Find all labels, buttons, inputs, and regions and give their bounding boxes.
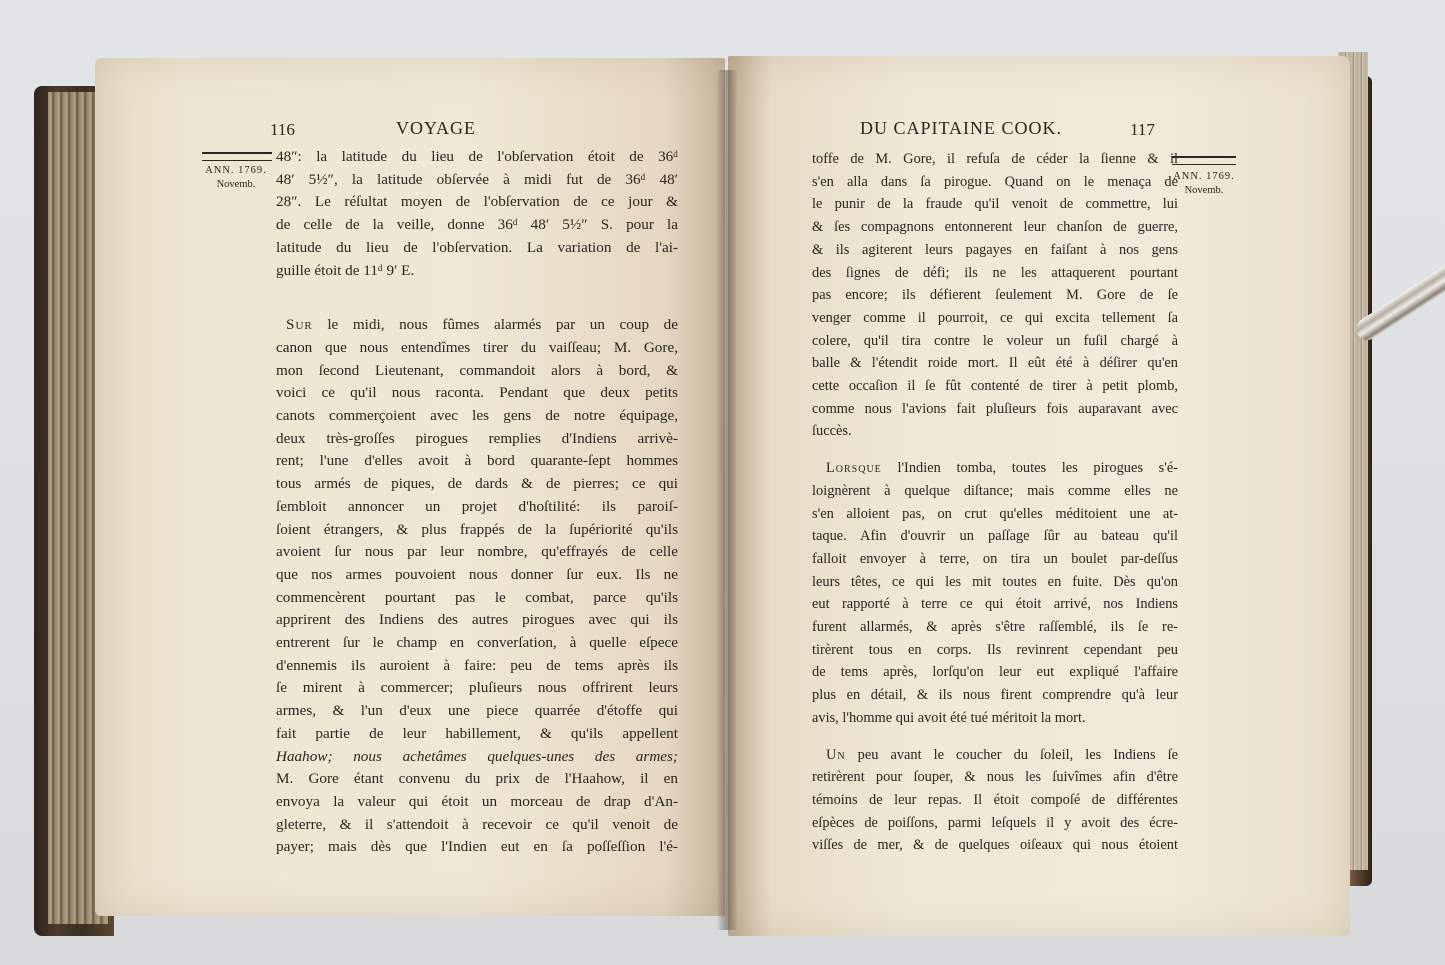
text-line: de celle de la veille, donne 36ᵈ 48′ 5½″… xyxy=(276,214,678,237)
text-line: furent allarmés, & après s'être raſſembl… xyxy=(812,616,1178,639)
margin-note-year: ANN. 1769. xyxy=(196,164,276,178)
text-line: voici ce qu'il nous raconta. Pendant que… xyxy=(276,382,678,405)
text-line: commencèrent pourtant pas le combat, par… xyxy=(276,587,678,610)
text-line: 48″: la latitude du lieu de l'obſervatio… xyxy=(276,146,678,169)
text-line: viſſes de mer, & de quelques oiſeaux qui… xyxy=(812,834,1178,857)
italic-term: Haahow; nous achetâmes quelques-unes des… xyxy=(276,748,678,765)
text-line: leurs têtes, ce qui les mit toutes en fu… xyxy=(812,571,1178,594)
text-line: ſoient étrangers, & plus frappés de la ſ… xyxy=(276,519,678,542)
margin-note-right: ANN. 1769. Novemb. xyxy=(1168,170,1240,198)
book-gutter xyxy=(716,70,738,930)
text-line: ſuccès. xyxy=(812,420,1178,443)
text-line: entrerent ſur le champ en converſation, … xyxy=(276,632,678,655)
text-line: le punir de la fraude qu'il venoit de co… xyxy=(812,193,1178,216)
paragraph-lead: Sur xyxy=(286,316,313,333)
text-line: & ils agiterent leurs pagayes en faiſant… xyxy=(812,239,1178,262)
text-line: guille étoit de 11ᵈ 9′ E. xyxy=(276,260,678,283)
text-line: ſembloit annoncer un projet d'hoſtilité:… xyxy=(276,496,678,519)
text-line: M. Gore étant convenu du prix de l'Haaho… xyxy=(276,768,678,791)
text-line: balle & l'étendit roide mort. Il eût été… xyxy=(812,352,1178,375)
text-line: Haahow; nous achetâmes quelques-unes des… xyxy=(276,746,678,769)
text-line: toffe de M. Gore, il refuſa de céder la … xyxy=(812,148,1178,171)
margin-rule-left xyxy=(202,152,272,161)
text-line: envoya la valeur qui étoit un morceau de… xyxy=(276,791,678,814)
text-line: Sur le midi, nous fûmes alarmés par un c… xyxy=(276,314,678,337)
text-line: gleterre, & il s'attendoit à recevoir ce… xyxy=(276,814,678,837)
text-line: armes, & l'un d'eux une piece quarrée d'… xyxy=(276,700,678,723)
text-line: avis, l'homme qui avoit été tué méritoit… xyxy=(812,707,1178,730)
text-line: eut rapporté à terre ce qui étoit arrivé… xyxy=(812,593,1178,616)
text-line: d'ennemis ils auroient à faire: peu de t… xyxy=(276,655,678,678)
text-line: rent; l'une d'elles avoit à bord quarant… xyxy=(276,450,678,473)
text-line: tous armés de piques, de dards & de pier… xyxy=(276,473,678,496)
margin-note-left: ANN. 1769. Novemb. xyxy=(196,164,276,192)
text-line: de tems après, lorſqu'on leur eut expliq… xyxy=(812,661,1178,684)
text-line: canots commerçoient avec les gens de not… xyxy=(276,405,678,428)
paragraph-lead: Un xyxy=(826,747,846,763)
text-line: loignèrent à quelque diſtance; mais comm… xyxy=(812,480,1178,503)
text-line: eſpèces de poiſſons, parmi leſquels il y… xyxy=(812,812,1178,835)
left-running-head: VOYAGE xyxy=(396,118,476,139)
text-line: témoins de leur repas. Il étoit compoſé … xyxy=(812,789,1178,812)
text-line: deux très-groſſes pirogues remplies d'In… xyxy=(276,428,678,451)
text-line: ſe mirent à commercer; pluſieurs nous of… xyxy=(276,677,678,700)
paragraph: 48″: la latitude du lieu de l'obſervatio… xyxy=(276,146,678,282)
open-book: 116 VOYAGE ANN. 1769. Novemb. 48″: la la… xyxy=(0,0,1445,965)
paragraph: Sur le midi, nous fûmes alarmés par un c… xyxy=(276,314,678,859)
right-running-head: DU CAPITAINE COOK. xyxy=(860,118,1062,139)
text-line: avoient ſur nous par leur nombre, qu'eff… xyxy=(276,541,678,564)
text-line: retirèrent pour ſouper, & nous les ſuivî… xyxy=(812,766,1178,789)
text-line: apprirent des Indiens des autres pirogue… xyxy=(276,609,678,632)
paragraph: Un peu avant le coucher du ſoleil, les I… xyxy=(812,744,1178,858)
text-line: payer; mais dès que l'Indien eut en ſa p… xyxy=(276,836,678,859)
text-line: pas encore; ils défierent ſeulement M. G… xyxy=(812,284,1178,307)
text-line: canon que nous entendîmes tirer du vaiſſ… xyxy=(276,337,678,360)
margin-note-month: Novemb. xyxy=(196,178,276,192)
text-line: cette occaſion il ſe fût contenté de tir… xyxy=(812,375,1178,398)
left-page-number: 116 xyxy=(270,120,295,140)
text-line: tirèrent tous en corps. Ils revinrent ce… xyxy=(812,639,1178,662)
text-line: falloit envoyer à terre, on tira un boul… xyxy=(812,548,1178,571)
text-line: Lorsque l'Indien tomba, toutes les pirog… xyxy=(812,457,1178,480)
text-line: taque. Afin d'ouvrir un paſſage ſûr au b… xyxy=(812,525,1178,548)
text-line: comme nous l'avions fait pluſieurs fois … xyxy=(812,398,1178,421)
text-line: 48′ 5½″, la latitude obſervée à midi fut… xyxy=(276,169,678,192)
paragraph: toffe de M. Gore, il refuſa de céder la … xyxy=(812,148,1178,443)
paragraph-lead: Lorsque xyxy=(826,460,882,476)
text-line: plus en détail, & ils nous firent compre… xyxy=(812,684,1178,707)
text-line: que nos armes pouvoient nous donner ſur … xyxy=(276,564,678,587)
text-line: s'en alla dans ſa pirogue. Quand on le m… xyxy=(812,171,1178,194)
text-line: latitude du lieu de l'obſervation. La va… xyxy=(276,237,678,260)
paragraph: Lorsque l'Indien tomba, toutes les pirog… xyxy=(812,457,1178,729)
margin-note-month: Novemb. xyxy=(1168,184,1240,198)
margin-note-year: ANN. 1769. xyxy=(1168,170,1240,184)
left-page-text: 48″: la latitude du lieu de l'obſervatio… xyxy=(276,146,678,859)
text-line: mon ſecond Lieutenant, commandoit alors … xyxy=(276,360,678,383)
text-line: Un peu avant le coucher du ſoleil, les I… xyxy=(812,744,1178,767)
text-line: 28″. Le réſultat moyen de l'obſervation … xyxy=(276,191,678,214)
text-line: des ſignes de défi; ils ne les attaquere… xyxy=(812,262,1178,285)
text-line: fait partie de leur habillement, & qu'il… xyxy=(276,723,678,746)
right-page-text: toffe de M. Gore, il refuſa de céder la … xyxy=(812,148,1178,857)
right-page-number: 117 xyxy=(1130,120,1155,140)
text-line: s'en alloient pas, on crut qu'elles médi… xyxy=(812,503,1178,526)
text-line: & ſes compagnons entonnerent leur chanſo… xyxy=(812,216,1178,239)
text-line: colere, qu'il tira contre le voleur un f… xyxy=(812,330,1178,353)
margin-rule-right xyxy=(1172,156,1236,165)
text-line: venger comme il pourroit, ce qui excita … xyxy=(812,307,1178,330)
